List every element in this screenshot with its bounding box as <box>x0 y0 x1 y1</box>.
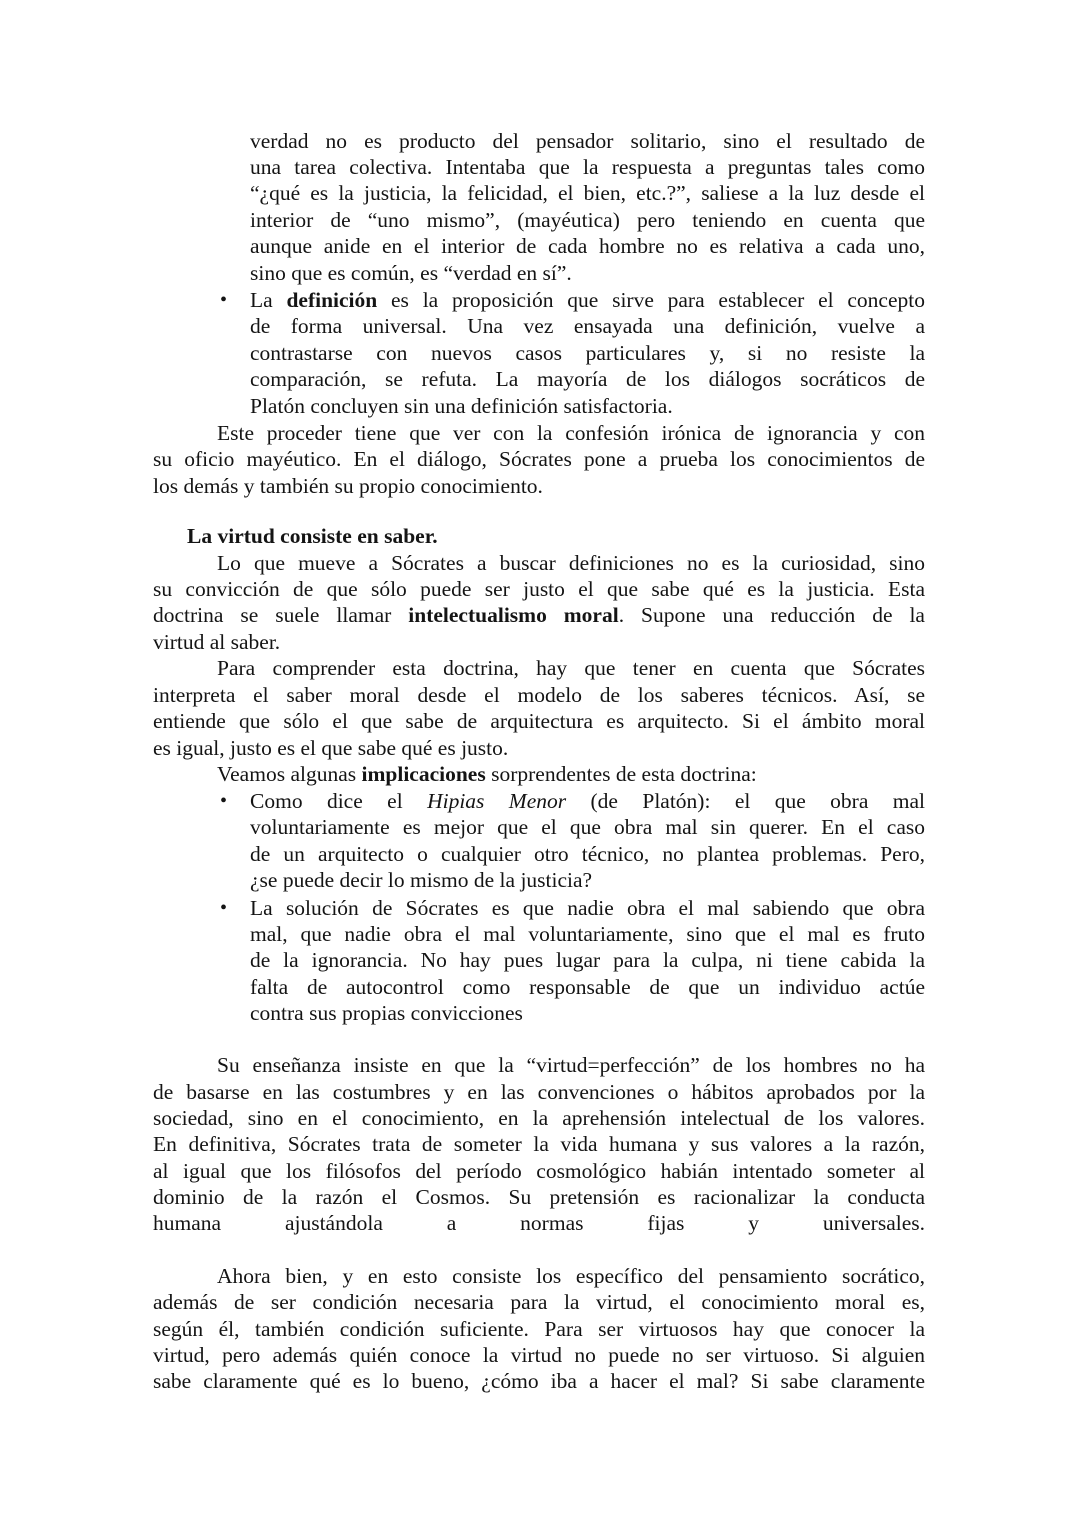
text-line: Lo que mueve a Sócrates a buscar definic… <box>217 550 925 576</box>
text-line: virtud al saber. <box>153 629 925 655</box>
text-line: es igual, justo es el que sabe qué es ju… <box>153 735 925 761</box>
text-line: doctrina se suele llamar intelectualismo… <box>153 602 925 628</box>
text-line: voluntariamente es mejor que el que obra… <box>250 814 925 840</box>
text-line: de basarse en las costumbres y en las co… <box>153 1079 925 1105</box>
text-line: “¿qué es la justicia, la felicidad, el b… <box>250 180 925 206</box>
text-line: sino que es común, es “verdad en sí”. <box>250 260 925 286</box>
section-heading: La virtud consiste en saber. <box>187 523 438 549</box>
text-line: Este proceder tiene que ver con la confe… <box>217 420 925 446</box>
bold-term: implicaciones <box>362 762 486 786</box>
text-line: ¿se puede decir lo mismo de la justicia? <box>250 867 925 893</box>
text-line: virtud, pero además quién conoce la virt… <box>153 1342 925 1368</box>
text-line: humana ajustándola a normas fijas y univ… <box>153 1210 925 1236</box>
text-line: interior de “uno mismo”, (mayéutica) per… <box>250 207 925 233</box>
bold-term: definición <box>286 288 377 312</box>
text-line: los demás y también su propio conocimien… <box>153 473 925 499</box>
text-line: contra sus propias convicciones <box>250 1000 925 1026</box>
text-line: verdad no es producto del pensador solit… <box>250 128 925 154</box>
text-line: su oficio mayéutico. En el diálogo, Sócr… <box>153 446 925 472</box>
text-line: además de ser condición necesaria para l… <box>153 1289 925 1315</box>
text-line: mal, que nadie obra el mal voluntariamen… <box>250 921 925 947</box>
text-line: al igual que los filósofos del período c… <box>153 1158 925 1184</box>
text-line: En definitiva, Sócrates trata de someter… <box>153 1131 925 1157</box>
text-line: interpreta el saber moral desde el model… <box>153 682 925 708</box>
text-line: sociedad, sino en el conocimiento, en la… <box>153 1105 925 1131</box>
text-line: Platón concluyen sin una definición sati… <box>250 393 925 419</box>
text-line: La solución de Sócrates es que nadie obr… <box>250 895 925 921</box>
text-line: de la ignorancia. No hay pues lugar para… <box>250 947 925 973</box>
bullet-icon: • <box>220 287 227 313</box>
text-line: comparación, se refuta. La mayoría de lo… <box>250 366 925 392</box>
text-line: según él, también condición suficiente. … <box>153 1316 925 1342</box>
text-line: La definición es la proposición que sirv… <box>250 287 925 313</box>
text-line: contrastarse con nuevos casos particular… <box>250 340 925 366</box>
text-line: Ahora bien, y en esto consiste los espec… <box>217 1263 925 1289</box>
text-line: Su enseñanza insiste en que la “virtud=p… <box>217 1052 925 1078</box>
text-line: entiende que sólo el que sabe de arquite… <box>153 708 925 734</box>
text-line: Veamos algunas implicaciones sorprendent… <box>217 761 925 787</box>
text-line: Como dice el Hipias Menor (de Platón): e… <box>250 788 925 814</box>
bullet-icon: • <box>220 788 227 814</box>
text-line: su convicción de que sólo puede ser just… <box>153 576 925 602</box>
text-line: aunque anide en el interior de cada homb… <box>250 233 925 259</box>
text-line: dominio de la razón el Cosmos. Su preten… <box>153 1184 925 1210</box>
text-line: de un arquitecto o cualquier otro técnic… <box>250 841 925 867</box>
text-line: sabe claramente qué es lo bueno, ¿cómo i… <box>153 1368 925 1394</box>
text-line: de forma universal. Una vez ensayada una… <box>250 313 925 339</box>
bold-term: intelectualismo moral <box>408 603 618 627</box>
bullet-icon: • <box>220 895 227 921</box>
text-line: una tarea colectiva. Intentaba que la re… <box>250 154 925 180</box>
text-line: Para comprender esta doctrina, hay que t… <box>217 655 925 681</box>
text-line: falta de autocontrol como responsable de… <box>250 974 925 1000</box>
italic-title: Hipias Menor <box>427 789 566 813</box>
